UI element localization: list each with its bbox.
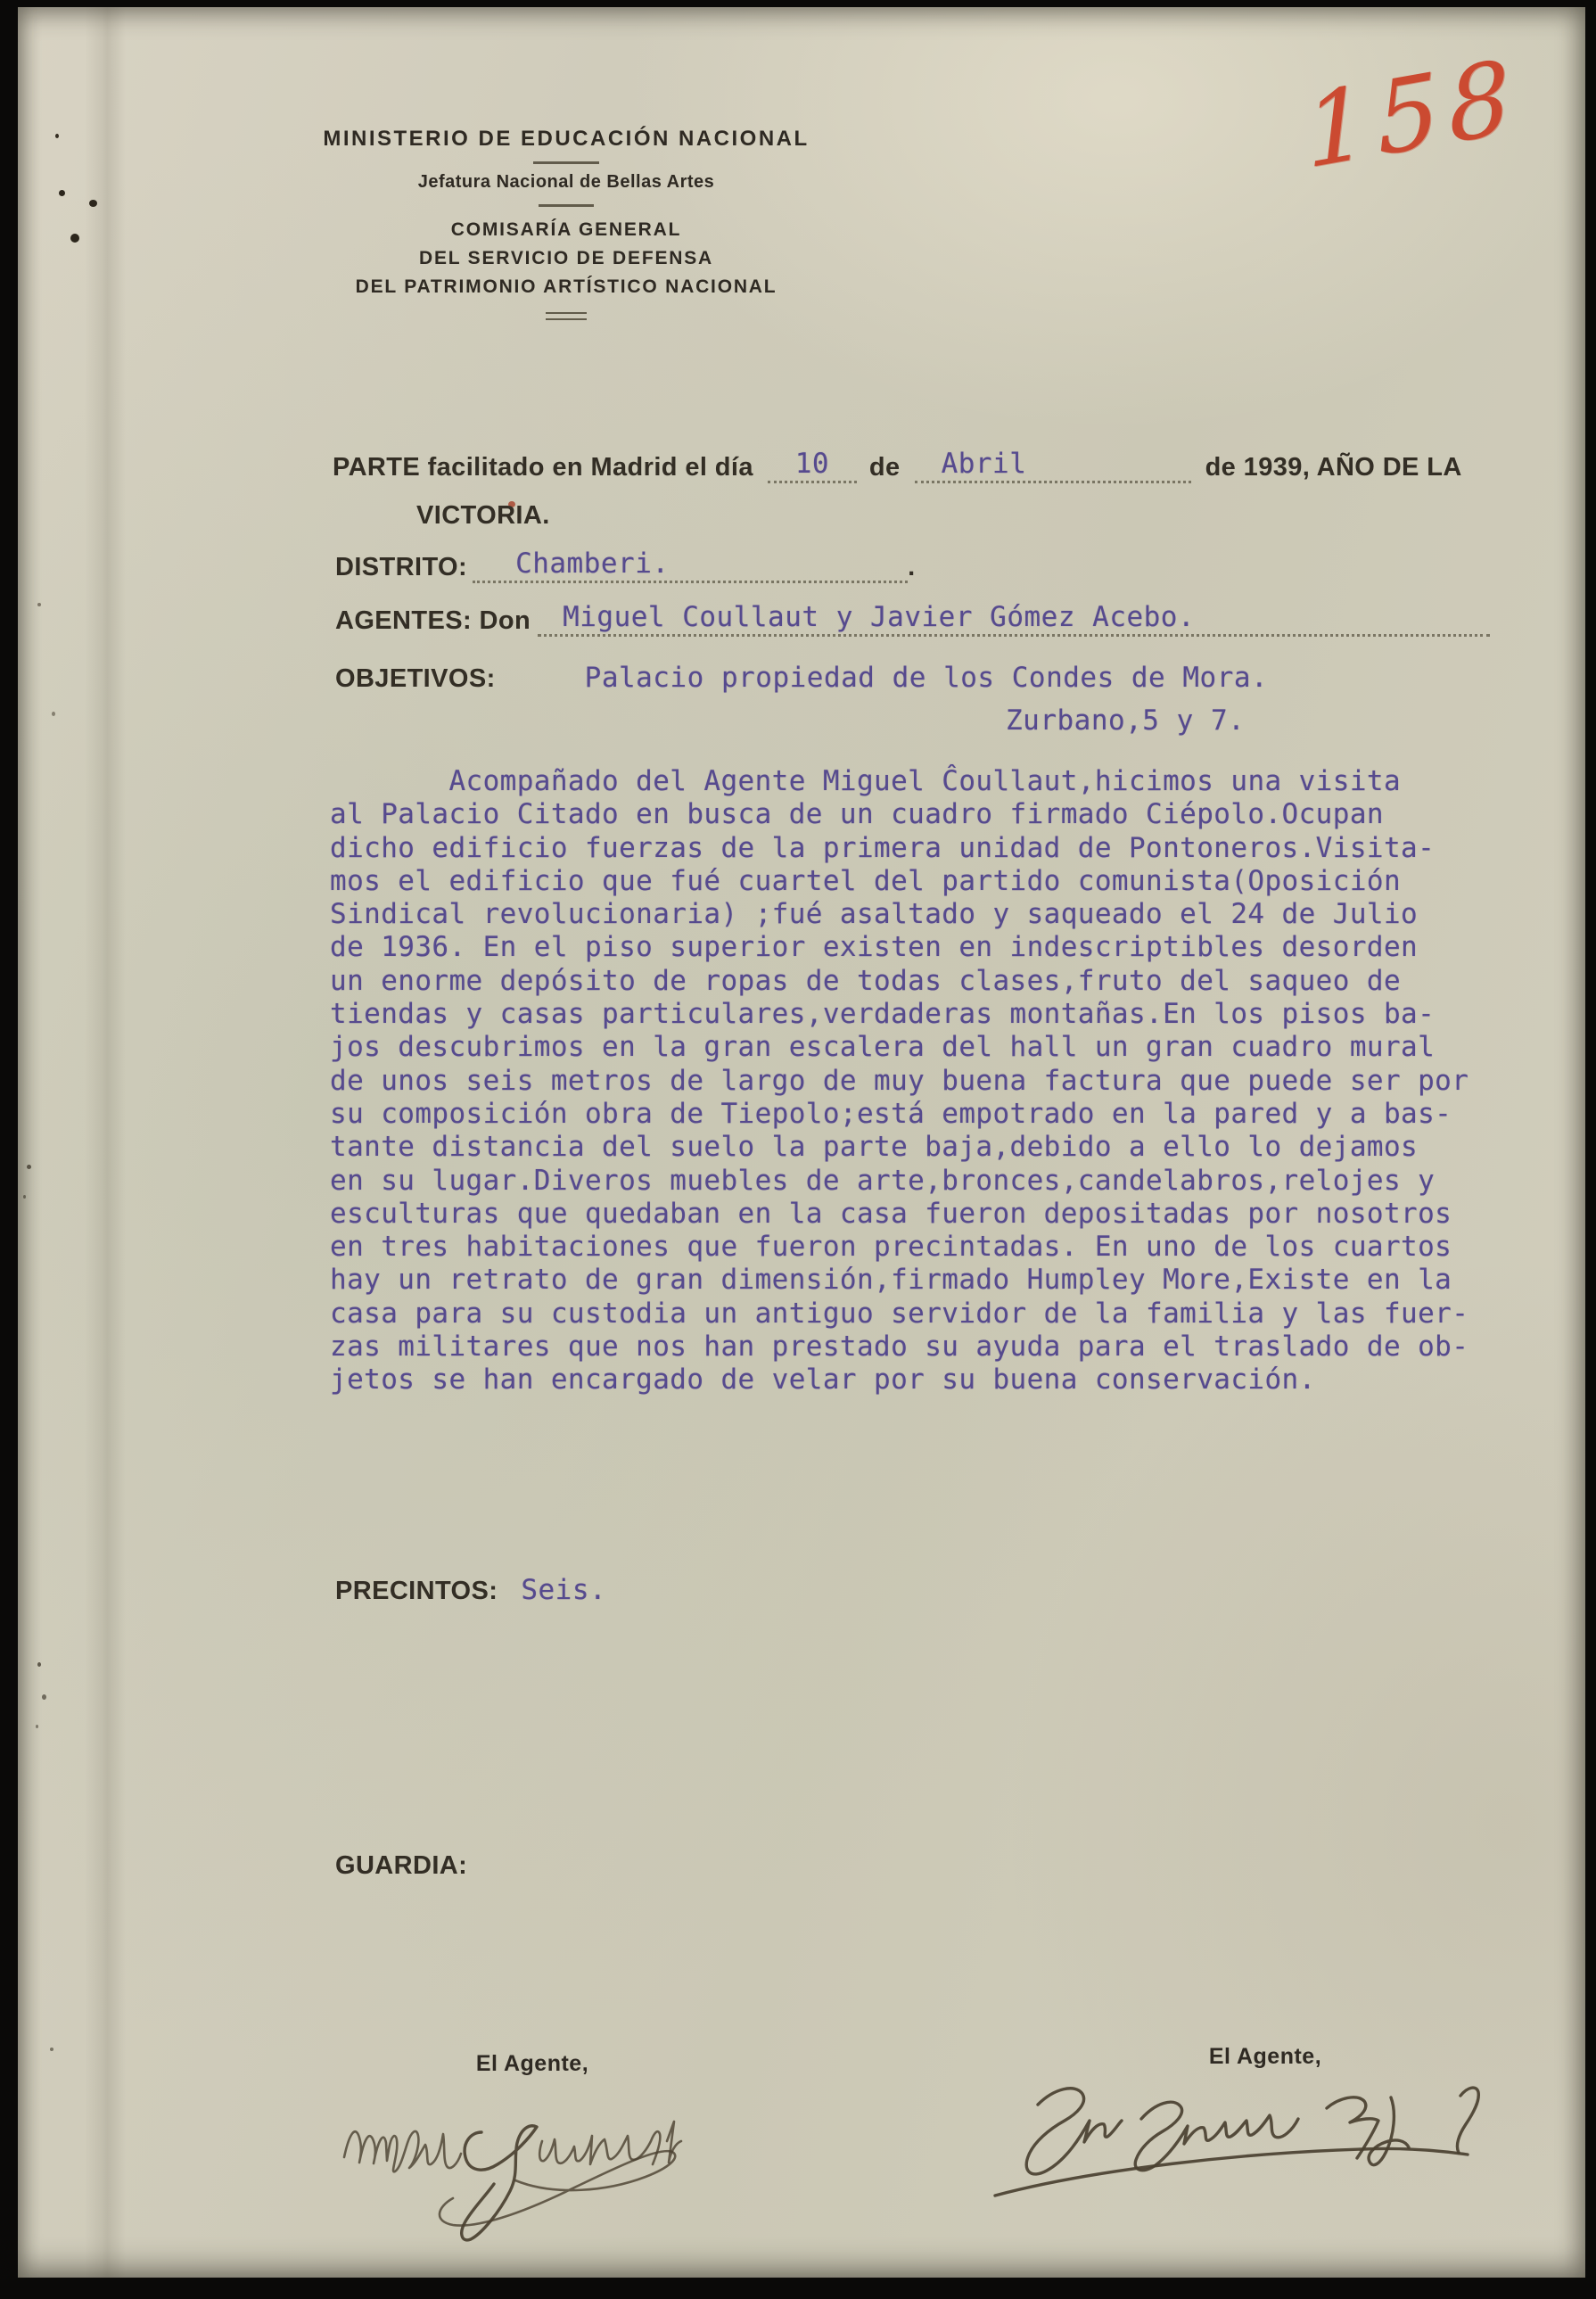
document-scan: MINISTERIO DE EDUCACIÓN NACIONAL Jefatur… — [0, 0, 1596, 2299]
letterhead-divider — [533, 161, 599, 164]
precintos-row: PRECINTOS: Seis. — [335, 1574, 606, 1606]
paper-speck — [52, 712, 55, 716]
right-signature — [979, 2065, 1523, 2217]
letterhead-divider — [546, 312, 587, 320]
distrito-label: DISTRITO: — [335, 553, 467, 582]
signature-stroke — [539, 2122, 681, 2164]
paper-speck — [89, 200, 97, 207]
office-title: Jefatura Nacional de Bellas Artes — [317, 172, 816, 193]
report-body-text: Acompañado del Agente Miguel Ĉoullaut,hi… — [330, 765, 1529, 1397]
agentes-value: Miguel Coullaut y Javier Gómez Acebo. — [563, 604, 1195, 631]
paper-speck — [36, 1725, 38, 1728]
paper-speck — [70, 234, 79, 243]
distrito-field: Chamberi. — [473, 553, 908, 583]
signature-stroke — [1457, 2088, 1478, 2153]
month-value: Abril — [942, 450, 1027, 478]
victoria-label: VICTORIA. — [416, 501, 550, 531]
paper-speck — [50, 2048, 53, 2051]
paper-speck — [37, 603, 41, 606]
right-signature-drawing — [979, 2065, 1523, 2217]
objetivos-row: OBJETIVOS: Palacio propiedad de los Cond… — [335, 662, 1268, 694]
paper-speck — [27, 1165, 31, 1169]
day-value: 10 — [795, 450, 829, 478]
letterhead: MINISTERIO DE EDUCACIÓN NACIONAL Jefatur… — [317, 127, 816, 328]
agentes-field: Miguel Coullaut y Javier Gómez Acebo. — [538, 606, 1490, 637]
paper-speck — [42, 1694, 46, 1700]
left-signature — [332, 2091, 706, 2252]
objetivos-value: Palacio propiedad de los Condes de Mora. — [585, 662, 1269, 694]
commissariat-line: DEL SERVICIO DE DEFENSA — [317, 245, 816, 272]
paper-speck — [37, 1662, 41, 1667]
signature-stroke — [1026, 2089, 1122, 2174]
precintos-label: PRECINTOS: — [335, 1577, 498, 1606]
objetivos-label: OBJETIVOS: — [335, 664, 496, 694]
paper-speck — [55, 134, 59, 138]
guardia-label: GUARDIA: — [335, 1851, 467, 1881]
distrito-value: Chamberi. — [515, 550, 669, 578]
letterhead-divider — [539, 204, 594, 207]
victoria-row: VICTORIA. — [416, 501, 550, 531]
commissariat-line: COMISARÍA GENERAL — [317, 217, 816, 243]
left-agent-caption: El Agente, — [465, 2051, 599, 2077]
paper-speck — [59, 190, 65, 196]
ministry-title: MINISTERIO DE EDUCACIÓN NACIONAL — [317, 127, 816, 152]
distrito-row: DISTRITO: Chamberi. . — [335, 553, 916, 583]
signature-stroke — [1327, 2097, 1409, 2165]
guardia-row: GUARDIA: — [335, 1851, 467, 1881]
agentes-row: AGENTES: Don Miguel Coullaut y Javier Gó… — [335, 606, 1490, 637]
de-label: de — [869, 453, 901, 482]
parte-row: PARTE facilitado en Madrid el día 10 de … — [333, 453, 1462, 483]
distrito-period: . — [908, 553, 915, 582]
signature-stroke — [344, 2131, 461, 2171]
year-suffix: de 1939, AÑO DE LA — [1205, 453, 1462, 482]
agentes-label: AGENTES: Don — [335, 606, 531, 636]
day-field: 10 — [768, 453, 857, 483]
left-signature-drawing — [332, 2091, 706, 2252]
objetivos-row2: Zurbano,5 y 7. — [1006, 705, 1245, 737]
commissariat-line: DEL PATRIMONIO ARTÍSTICO NACIONAL — [317, 274, 816, 301]
parte-label: PARTE facilitado en Madrid el día — [333, 453, 753, 482]
month-field: Abril — [915, 453, 1191, 483]
paper-speck — [23, 1195, 26, 1199]
objetivos-value2: Zurbano,5 y 7. — [1006, 705, 1245, 737]
precintos-value: Seis. — [521, 1574, 606, 1606]
